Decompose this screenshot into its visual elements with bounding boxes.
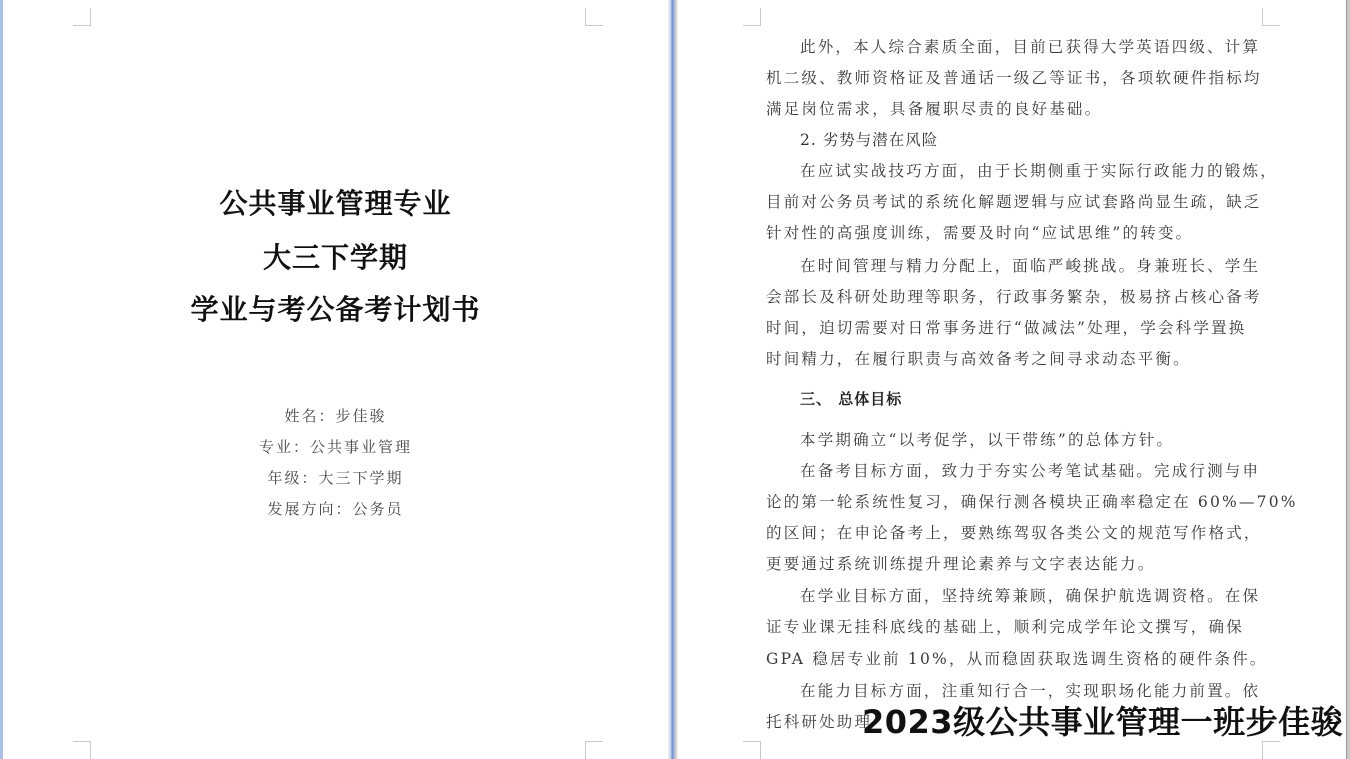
paragraph-line: 机二级、教师资格证及普通话一级乙等证书，各项软硬件指标均 bbox=[766, 66, 1262, 88]
info-value: 步佳骏 bbox=[336, 407, 387, 425]
paragraph-line: 目前对公务员考试的系统化解题逻辑与应试套路尚显生疏，缺乏 bbox=[766, 190, 1262, 212]
cover-page: 公共事业管理专业 大三下学期 学业与考公备考计划书 姓名：步佳骏 专业：公共事业… bbox=[3, 0, 668, 759]
margin-mark-top-right bbox=[1262, 8, 1280, 26]
cover-info-direction: 发展方向：公务员 bbox=[3, 498, 668, 519]
window-right-border bbox=[1346, 0, 1350, 759]
info-label: 专业： bbox=[259, 438, 310, 456]
overlay-caption: 2023级公共事业管理一班步佳骏 bbox=[862, 697, 1343, 743]
section-heading-overall-goals: 三、 总体目标 bbox=[800, 388, 902, 409]
cover-info-name: 姓名：步佳骏 bbox=[3, 405, 668, 426]
cover-info-grade: 年级：大三下学期 bbox=[3, 467, 668, 488]
info-label: 姓名： bbox=[284, 407, 335, 425]
paragraph-line: 的区间；在申论备考上，要熟练驾驭各类公文的规范写作格式， bbox=[766, 521, 1262, 543]
paragraph-line: 在应试实战技巧方面，由于长期侧重于实际行政能力的锻炼， bbox=[800, 159, 1278, 181]
info-label: 发展方向： bbox=[267, 500, 352, 518]
paragraph-line: 针对性的高强度训练，需要及时向“应试思维”的转变。 bbox=[766, 221, 1193, 243]
info-value: 公务员 bbox=[353, 500, 404, 518]
margin-mark-top-left bbox=[743, 8, 761, 26]
paragraph-line: 证专业课无挂科底线的基础上，顺利完成学年论文撰写，确保 bbox=[766, 615, 1244, 637]
cover-title-line-3: 学业与考公备考计划书 bbox=[3, 288, 668, 328]
paragraph-line: 时间精力，在履行职责与高效备考之间寻求动态平衡。 bbox=[766, 347, 1191, 369]
paragraph-line: 在备考目标方面，致力于夯实公考笔试基础。完成行测与申 bbox=[800, 459, 1260, 481]
paragraph-line: 更要通过系统训练提升理论素养与文字表达能力。 bbox=[766, 552, 1155, 574]
paragraph-line: 会部长及科研处助理等职务，行政事务繁杂，极易挤占核心备考 bbox=[766, 285, 1262, 307]
cover-title-line-1: 公共事业管理专业 bbox=[3, 182, 668, 222]
paragraph-line: 论的第一轮系统性复习，确保行测各模块正确率稳定在 60%—70% bbox=[766, 490, 1298, 512]
paragraph-line: GPA 稳居专业前 10%，从而稳固获取选调生资格的硬件条件。 bbox=[766, 647, 1268, 669]
paragraph-line: 此外，本人综合素质全面，目前已获得大学英语四级、计算 bbox=[800, 35, 1260, 57]
paragraph-line: 在时间管理与精力分配上，面临严峻挑战。身兼班长、学生 bbox=[800, 254, 1260, 276]
paragraph-line: 时间，迫切需要对日常事务进行“做减法”处理，学会科学置换 bbox=[766, 316, 1246, 338]
paragraph-line: 本学期确立“以考促学，以干带练”的总体方针。 bbox=[800, 428, 1174, 450]
info-value: 公共事业管理 bbox=[310, 438, 412, 456]
cover-title-line-2: 大三下学期 bbox=[3, 236, 668, 276]
margin-mark-top-left bbox=[73, 8, 91, 26]
page-divider bbox=[668, 0, 678, 759]
margin-mark-bottom-right bbox=[1262, 741, 1280, 759]
info-value: 大三下学期 bbox=[319, 469, 404, 487]
margin-mark-bottom-left bbox=[743, 741, 761, 759]
margin-mark-top-right bbox=[585, 8, 603, 26]
margin-mark-bottom-right bbox=[585, 741, 603, 759]
subheading-weaknesses: 2. 劣势与潜在风险 bbox=[800, 128, 938, 150]
paragraph-line: 满足岗位需求，具备履职尽责的良好基础。 bbox=[766, 97, 1102, 119]
paragraph-line: 在学业目标方面，坚持统筹兼顾，确保护航选调资格。在保 bbox=[800, 584, 1260, 606]
info-label: 年级： bbox=[267, 469, 318, 487]
cover-info-major: 专业：公共事业管理 bbox=[3, 436, 668, 457]
paragraph-line-partial: 托科研处助理 bbox=[766, 710, 872, 732]
margin-mark-bottom-left bbox=[73, 741, 91, 759]
content-page: 此外，本人综合素质全面，目前已获得大学英语四级、计算 机二级、教师资格证及普通话… bbox=[678, 0, 1346, 759]
